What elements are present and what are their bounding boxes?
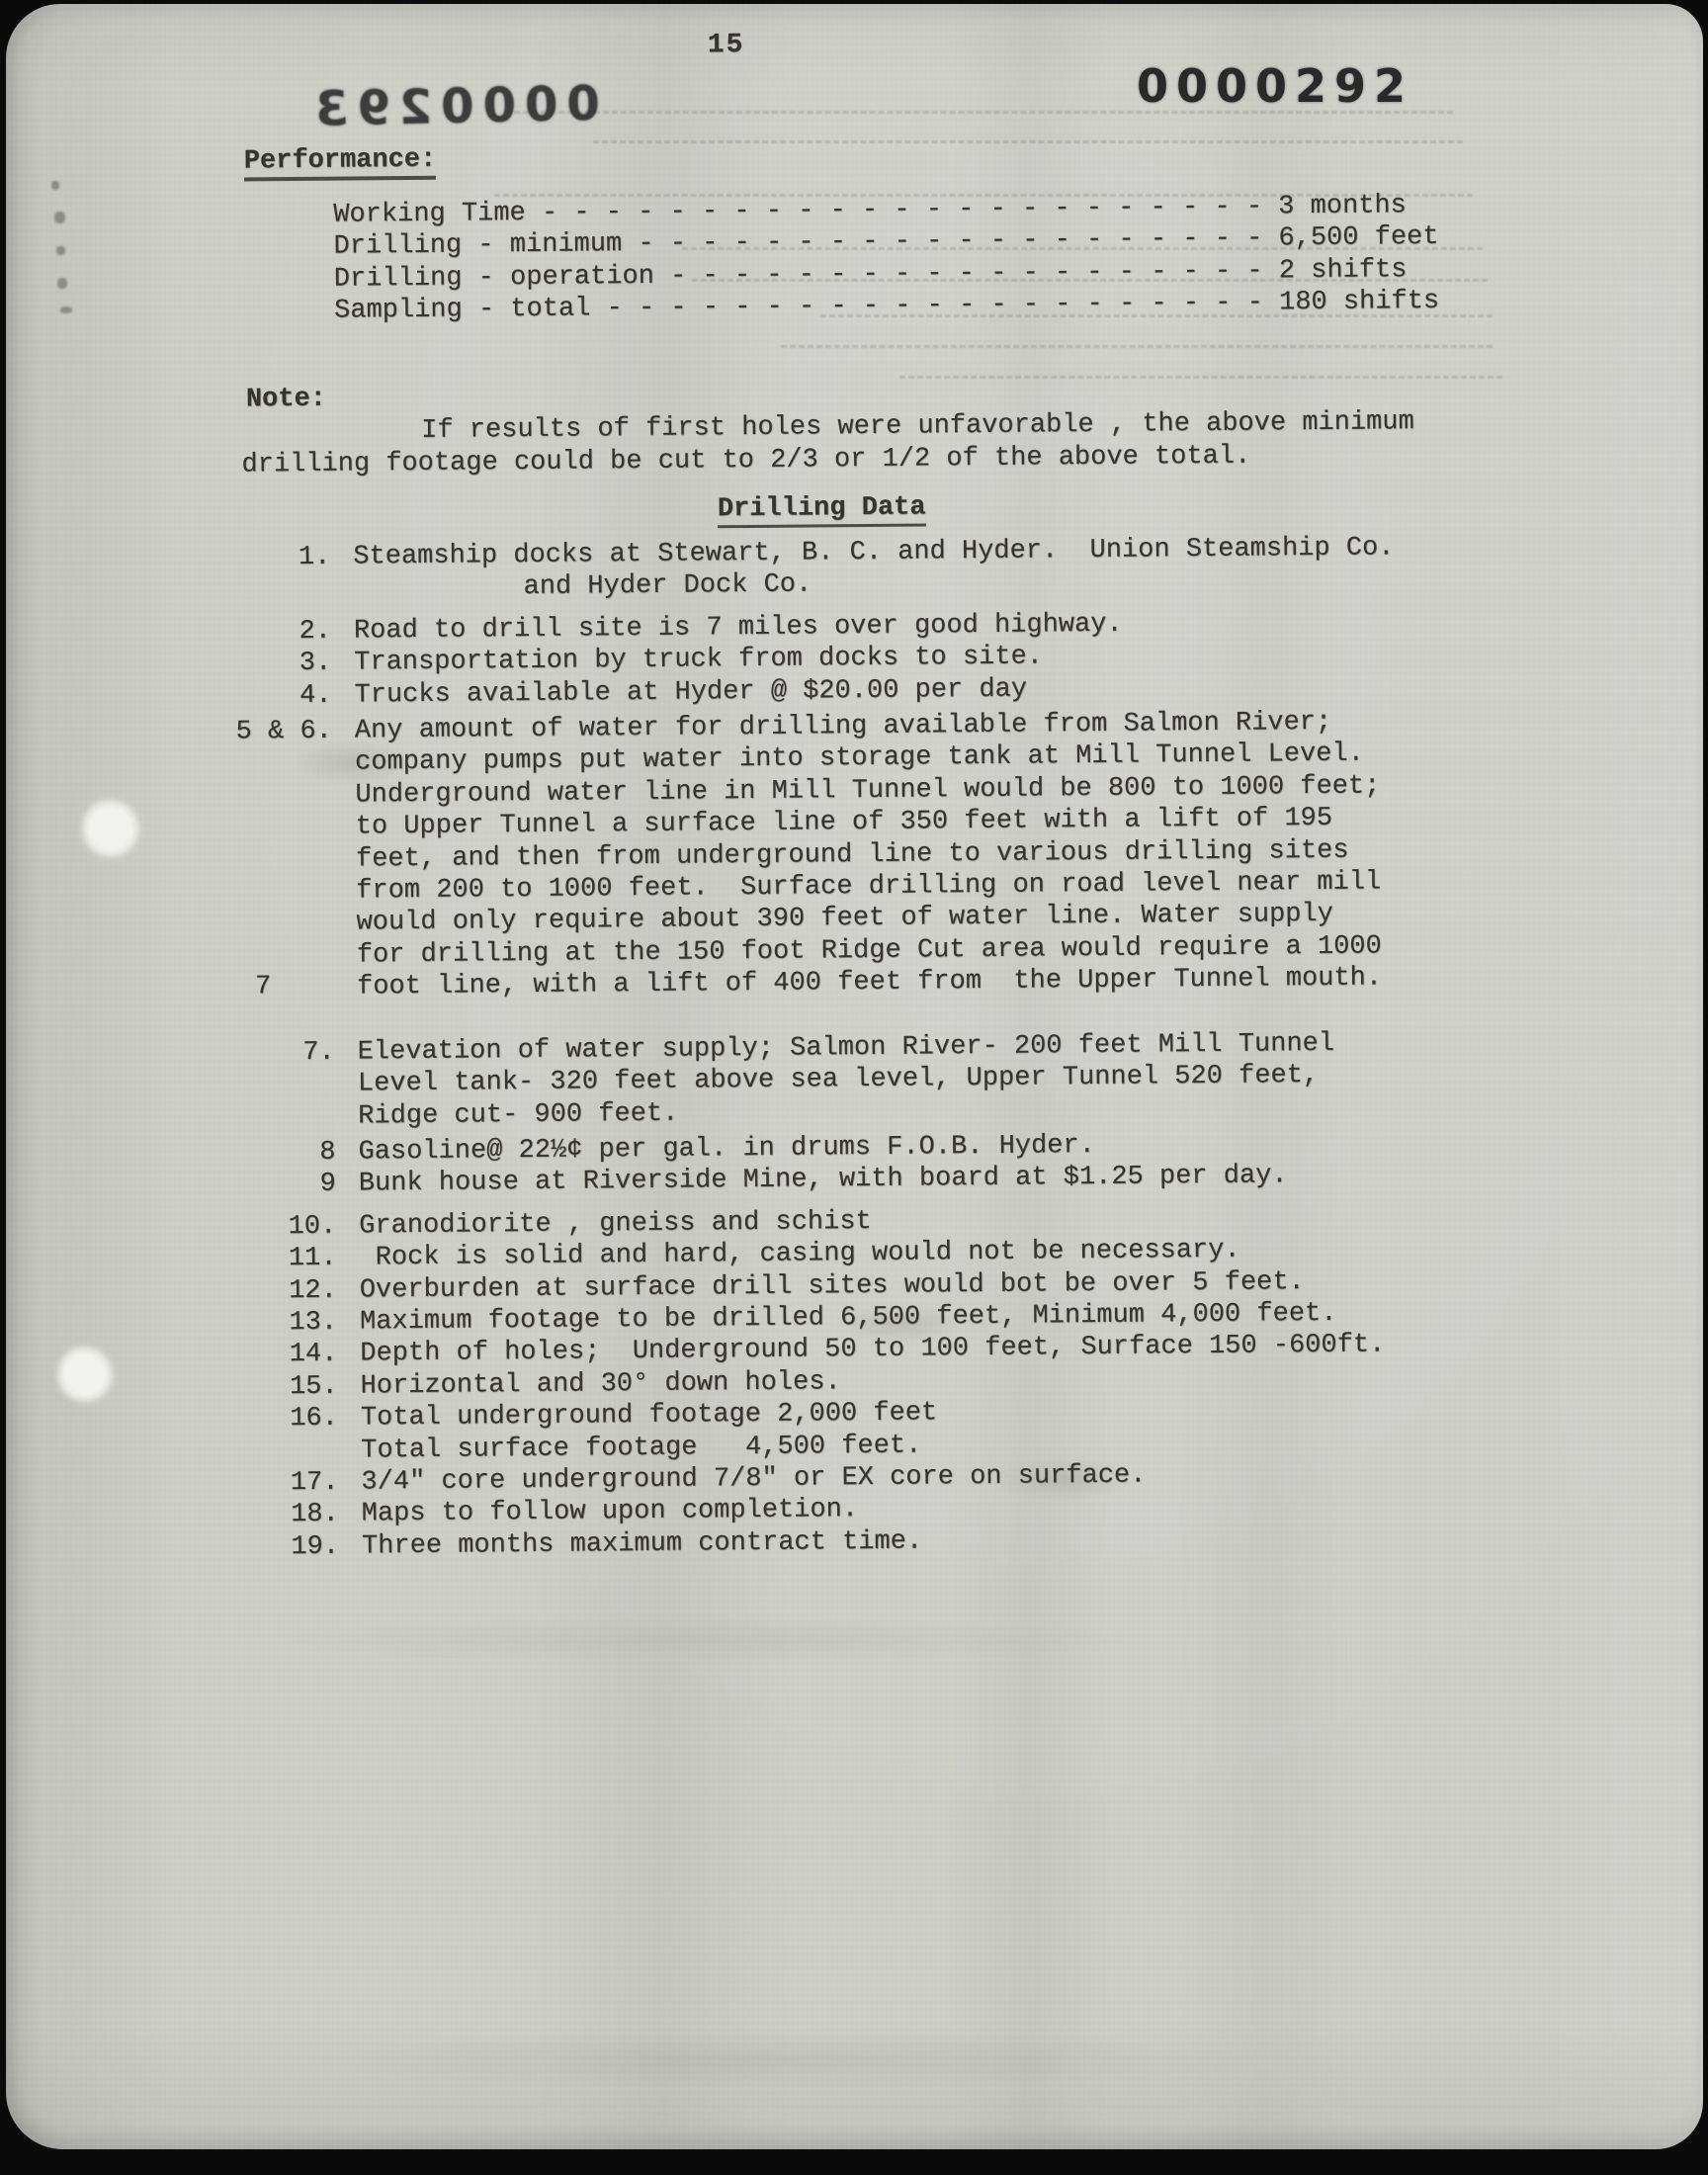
punch-hole [86, 804, 135, 853]
item-number: 1. [2, 542, 330, 576]
performance-value: 6,500 feet [1278, 222, 1438, 253]
performance-table: Working Time - - - - - - - - - - - - - -… [333, 190, 1439, 327]
performance-label: Sampling - total [334, 295, 591, 326]
item-number: 14. [9, 1339, 337, 1373]
stray-margin-number: 7 [255, 972, 271, 1004]
leader-dashes: - - - - - - - - - - - - - - - - - - - - … [526, 192, 1279, 228]
list-item: 5 & 6. Any amount of water for drilling … [4, 704, 1708, 1007]
performance-value: 2 shifts [1279, 255, 1408, 286]
leader-dashes: - - - - - - - - - - - - - - - - - - - - … [590, 289, 1279, 324]
item-line: Three months maximum contract time. [362, 1525, 922, 1562]
performance-heading: Performance: [244, 145, 437, 182]
punch-hole [61, 1350, 109, 1398]
list-item: 1. Steamship docks at Stewart, B. C. and… [2, 530, 1708, 609]
performance-label: Drilling - minimum [333, 230, 622, 263]
performance-value: 180 shifts [1279, 287, 1439, 317]
item-line: Bunk house at Riverside Mine, with board… [359, 1161, 1288, 1201]
item-number: 17. [10, 1467, 338, 1502]
drilling-data-list: 1. Steamship docks at Stewart, B. C. and… [2, 530, 1708, 1566]
typed-content: 15 Performance: Working Time - - - - - -… [0, 0, 1708, 2175]
item-number: 16. [10, 1403, 338, 1437]
item-line: Maps to follow upon completion. [362, 1494, 859, 1530]
performance-label: Drilling - operation [334, 262, 654, 295]
list-item: 7. Elevation of water supply; Salmon Riv… [7, 1024, 1708, 1135]
item-number: 2. [3, 616, 331, 651]
item-number: 3. [3, 648, 331, 682]
performance-value: 3 months [1278, 191, 1407, 221]
item-number: 18. [11, 1499, 339, 1533]
item-number: 4. [3, 679, 331, 714]
leader-dashes: - - - - - - - - - - - - - - - - - - - [654, 256, 1279, 292]
scanned-document-page: 0000293 0000292 15 Performance: Working … [0, 0, 1708, 2175]
item-number: 15. [9, 1370, 337, 1405]
page-number: 15 [708, 30, 745, 60]
item-number: 11. [8, 1243, 336, 1277]
item-line: Total surface footage 4,500 feet. [361, 1430, 938, 1466]
item-number: 19. [11, 1530, 339, 1565]
performance-label: Working Time [333, 199, 526, 230]
item-number: 10. [8, 1210, 336, 1245]
item-line: Granodiorite , gneiss and schist [359, 1206, 872, 1243]
item-line: Trucks available at Hyder @ $20.00 per d… [354, 673, 1027, 711]
drilling-data-heading: Drilling Data [718, 492, 926, 528]
item-line: Horizontal and 30° down holes. [360, 1366, 840, 1403]
item-number: 5 & 6. [4, 716, 332, 750]
item-number: 13. [9, 1307, 337, 1342]
item-number: 12. [9, 1274, 337, 1309]
item-number: 9 [8, 1169, 336, 1203]
leader-dashes: - - - - - - - - - - - - - - - - - - - - [622, 224, 1279, 260]
item-number: 7. [7, 1036, 335, 1071]
item-number: 8 [7, 1137, 335, 1172]
item-line: Total underground footage 2,000 feet [361, 1398, 938, 1435]
note-section: Note: If results of first holes were unf… [241, 374, 1414, 481]
